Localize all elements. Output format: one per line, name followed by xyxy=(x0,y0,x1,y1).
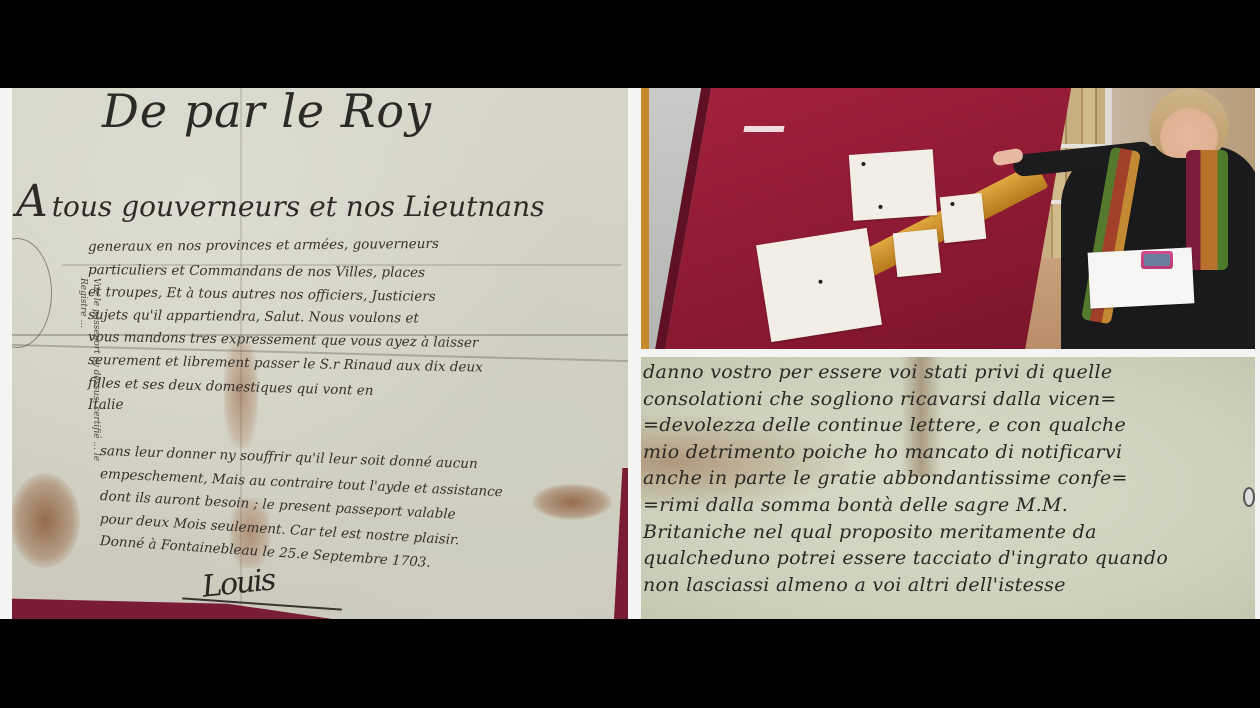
seal-stain xyxy=(12,473,80,568)
wall-edge xyxy=(641,88,649,349)
letter-line: anche in parte le gratie abbondantissime… xyxy=(641,465,1255,492)
letter-line: Britaniche nel qual proposito meritament… xyxy=(641,519,1255,546)
edge-mark xyxy=(1243,487,1255,507)
french-royal-passport-photo: De par le Roy Atous gouverneurs et nos L… xyxy=(12,88,628,619)
framed-letter xyxy=(940,193,987,243)
framed-letter xyxy=(756,228,882,342)
photo-collage: De par le Roy Atous gouverneurs et nos L… xyxy=(0,88,1260,619)
archivist-display-photo xyxy=(641,88,1255,349)
patterned-scarf xyxy=(1186,150,1228,270)
framed-letter xyxy=(849,149,937,221)
italian-letter-text: danno vostro per essere voi stati privi … xyxy=(641,359,1255,598)
letter-line: qualcheduno potrei essere tacciato d'ing… xyxy=(641,545,1255,572)
document-body-upper: generaux en nos provinces et armées, gou… xyxy=(88,236,608,417)
royal-signature: Louis xyxy=(200,562,276,604)
letterbox-bottom xyxy=(0,619,1260,708)
document-subheading: Atous gouverneurs et nos Lieutnans xyxy=(16,176,545,227)
framed-letter xyxy=(893,229,941,277)
decorated-initial: A xyxy=(16,176,48,227)
margin-notes: Vue le passeport cy dessus, certifié ...… xyxy=(42,278,102,468)
pink-phone xyxy=(1141,251,1173,269)
letter-line: consolationi che sogliono ricavarsi dall… xyxy=(641,386,1255,413)
archivist-head xyxy=(1149,88,1229,158)
document-body-lower: sans leur donner ny souffrir qu'il leur … xyxy=(100,440,620,553)
letter-line: =devolezza delle continue lettere, e con… xyxy=(641,412,1255,439)
subheading-text: tous gouverneurs et nos Lieutnans xyxy=(52,190,545,223)
crimson-mount-edge xyxy=(12,585,628,619)
document-heading: De par le Roy xyxy=(102,88,432,138)
letterbox-top xyxy=(0,0,1260,88)
letter-line: =rimi dalla somma bontà delle sagre M.M. xyxy=(641,492,1255,519)
letter-line: non lasciassi almeno a voi altri dell'is… xyxy=(641,572,1255,599)
italian-letter-photo: danno vostro per essere voi stati privi … xyxy=(641,357,1255,619)
glass-glare xyxy=(743,126,784,132)
letter-line: mio detrimento poiche ho mancato di noti… xyxy=(641,439,1255,466)
body-line: generaux en nos provinces et armées, gou… xyxy=(88,231,608,258)
letter-line: danno vostro per essere voi stati privi … xyxy=(641,359,1255,386)
